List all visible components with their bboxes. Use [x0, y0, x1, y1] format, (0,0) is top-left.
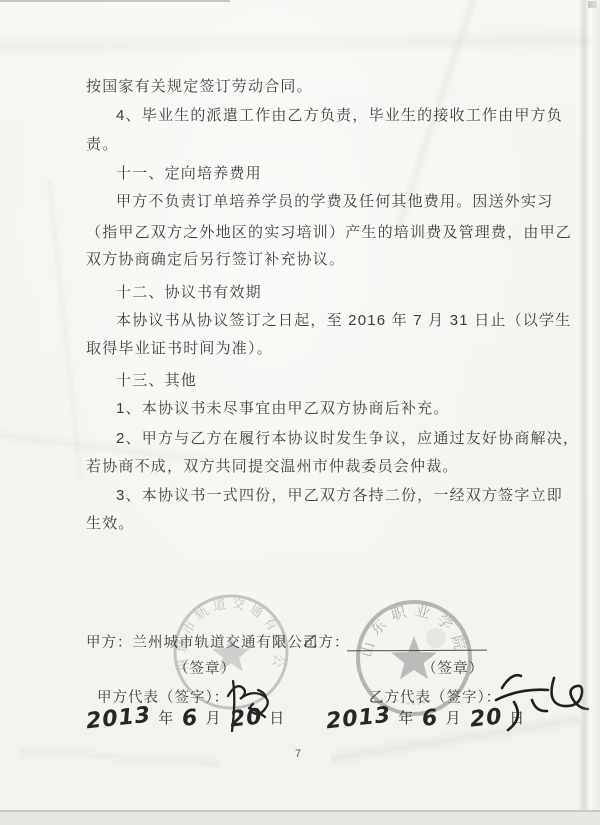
scan-edge-right — [578, 0, 600, 825]
body-line: 按国家有关规定签订劳动合同。 — [86, 75, 313, 96]
date-b-month: 6 — [421, 705, 440, 732]
section-heading-11: 十一、定向培养费用 — [86, 162, 262, 183]
paper-crease — [0, 27, 600, 59]
body-line: 生效。 — [86, 512, 135, 533]
date-a-day: 20 — [228, 704, 263, 732]
seal-caption-a: （签章） — [174, 657, 236, 678]
date-a-year: 2013 — [85, 703, 152, 735]
date-b-day: 20 — [468, 704, 503, 732]
party-b-name-label: 乙方： — [303, 631, 350, 652]
scan-edge-top — [0, 0, 230, 2]
party-b-name-blank — [347, 650, 487, 652]
date-b-year: 2013 — [325, 703, 392, 735]
seal-ink-smudge — [426, 628, 446, 648]
date-a-month: 6 — [181, 705, 200, 732]
party-a-name: 甲方：兰州城市轨道交通有限公司 — [86, 631, 319, 652]
body-line: 若协商不成，双方共同提交温州市仲裁委员会仲裁。 — [86, 455, 459, 476]
party-b-date: 2013年6月20日 — [326, 706, 533, 731]
scan-edge-bottom — [0, 810, 600, 825]
body-line: 双方协商确定后另行签订补充协议。 — [86, 248, 345, 269]
body-line: 本协议书从协议签订之日起，至 2016 年 7 月 31 日止（以学生 — [86, 309, 571, 330]
body-line: （指甲乙双方之外地区的实习培训）产生的培训费及管理费，由甲乙 — [86, 221, 572, 242]
body-line: 取得毕业证书时间为准）。 — [86, 337, 273, 358]
scanned-agreement-page: 按国家有关规定签订劳动合同。 4、毕业生的派遣工作由乙方负责，毕业生的接收工作由… — [0, 0, 600, 825]
body-line: 4、毕业生的派遣工作由乙方负责，毕业生的接收工作由甲方负 — [86, 104, 563, 125]
paper-crease — [20, 743, 220, 771]
seal-caption-b: （签章） — [422, 657, 484, 678]
page-number: 7 — [288, 748, 308, 760]
section-heading-13: 十三、其他 — [86, 369, 197, 390]
rep-a-label: 甲方代表（签字）： — [97, 686, 229, 707]
body-line: 1、本协议书未尽事宜由甲乙双方协商后补充。 — [86, 397, 450, 418]
body-line: 责。 — [86, 133, 118, 154]
section-heading-12: 十二、协议书有效期 — [86, 281, 262, 302]
body-line: 2、甲方与乙方在履行本协议时发生争议，应通过友好协商解决， — [86, 427, 579, 448]
party-a-date: 2013年6月20日 — [86, 706, 293, 731]
paper-crease — [44, 180, 85, 479]
body-line: 甲方不负责订单培养学员的学费及任何其他费用。因送外实习 — [86, 190, 553, 211]
body-line: 3、本协议书一式四份，甲乙双方各持二份，一经双方签字立即 — [86, 484, 563, 505]
